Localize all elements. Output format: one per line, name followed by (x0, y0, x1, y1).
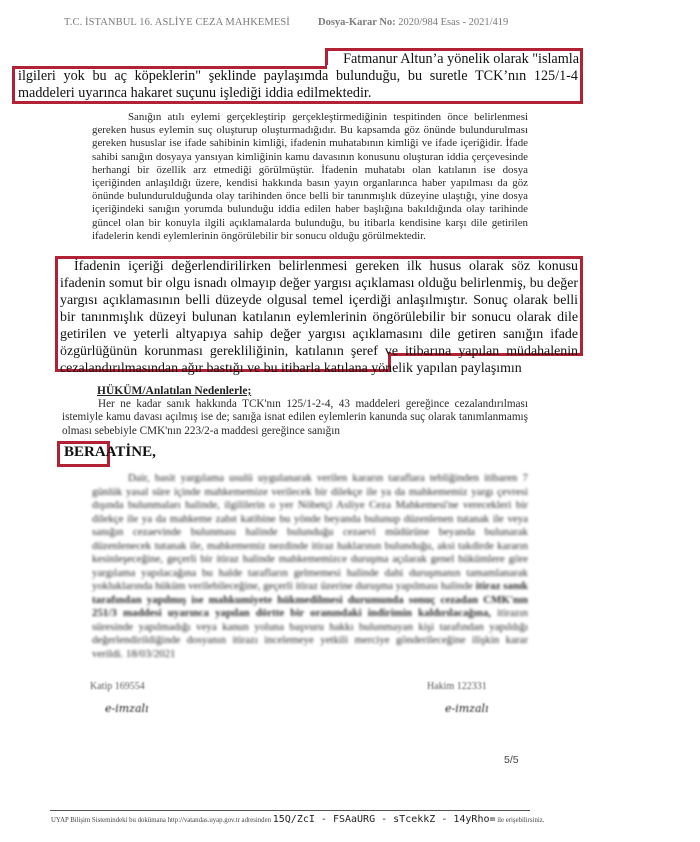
judge-esignature: e-imzalı (445, 702, 489, 715)
verdict-heading: HÜKÜM/Anlatılan Nedenlerle; (97, 385, 251, 397)
file-number-label: Dosya-Karar No: (318, 17, 396, 28)
verification-code[interactable]: 15Q/ZcI - FSAaURG - sTcekkZ - 14yRho= (273, 814, 496, 825)
verdict-text: Her ne kadar sanık hakkında TCK'nın 125/… (62, 398, 528, 438)
file-number: Dosya-Karar No: 2020/984 Esas - 2021/419 (318, 17, 508, 28)
highlight-1-line1: Fatmanur Altun’a yönelik olarak "islamla (331, 51, 579, 68)
footer: UYAP Bilişim Sistemindeki bu dokümana ht… (51, 814, 544, 825)
footer-suffix: ile erişebilirsiniz. (497, 817, 544, 824)
clerk-esignature: e-imzalı (105, 702, 149, 715)
highlight-1-line2: ilgileri yok bu aç köpeklerin" şeklinde … (18, 68, 578, 85)
clerk-id: Katip 169554 (90, 681, 145, 692)
paragraph-assessment: Sanığın atılı eylemi gerçekleştirip gerç… (92, 111, 528, 243)
file-number-value: 2020/984 Esas - 2021/419 (398, 17, 508, 28)
court-name: T.C. İSTANBUL 16. ASLİYE CEZA MAHKEMESİ (64, 17, 290, 28)
highlight-1-line3: maddeleri uyarınca hakaret suçunu işledi… (18, 85, 578, 102)
blurred-remedy-paragraph: Dair, basit yargılama usulü uygulanarak … (92, 472, 528, 661)
footer-divider (50, 810, 530, 811)
highlight-2-text: İfadenin içeriği değerlendirilirken beli… (60, 258, 578, 377)
remedy-text-part1: Dair, basit yargılama usulü uygulanarak … (92, 472, 528, 592)
footer-prefix: UYAP Bilişim Sistemindeki bu dokümana ht… (51, 817, 271, 824)
decision-text: BERAATİNE, (64, 444, 156, 461)
judge-id: Hakim 122331 (427, 681, 487, 692)
page-number: 5/5 (504, 754, 519, 766)
